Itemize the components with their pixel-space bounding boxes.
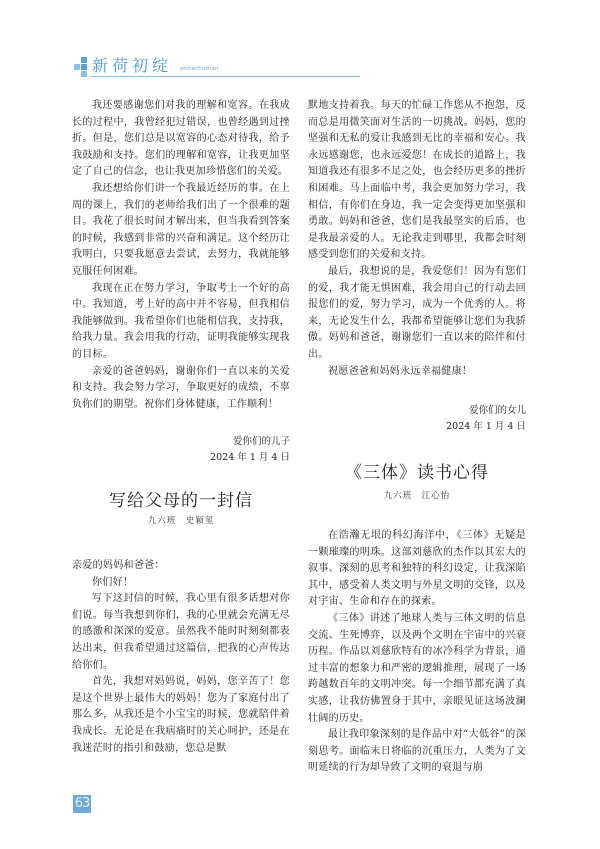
section-header: 新荷初绽 xinhechuzhan — [74, 56, 288, 78]
article-three-byline: 九六班 江心怡 — [308, 490, 526, 502]
letter-two-title: 写给父母的一封信 — [72, 490, 290, 512]
salutation: 亲爱的妈妈和爸爸： — [72, 558, 290, 575]
section-title: 新荷初绽 — [92, 56, 172, 76]
article-three-body: 在浩瀚无垠的科幻海洋中，《三体》无疑是一颗璀璨的明珠。这部刘慈欣的杰作以其宏大的… — [308, 528, 526, 777]
date: 2024 年 1 月 4 日 — [72, 450, 290, 466]
article-three-title: 《三体》读书心得 — [308, 462, 526, 484]
letter-two-body-right: 默地支持着我。每天的忙碌工作您从不抱怨，反而总是用微笑面对生活的一切挑战。妈妈，… — [308, 98, 526, 380]
header-divider — [90, 76, 360, 77]
signature: 爱你们的儿子 — [72, 434, 290, 450]
letter-two-body-left: 亲爱的妈妈和爸爸： 你们好！ 写下这封信的时候，我心里有很多话想对你们说。每当我… — [72, 558, 290, 757]
paragraph: 在浩瀚无垠的科幻海洋中，《三体》无疑是一颗璀璨的明珠。这部刘慈欣的杰作以其宏大的… — [308, 528, 526, 611]
letter-two-byline: 九六班 史颖玺 — [72, 515, 290, 527]
greeting: 你们好！ — [72, 575, 290, 592]
paragraph: 写下这封信的时候，我心里有很多话想对你们说。每当我想到你们，我的心里就会充满无尽… — [72, 591, 290, 674]
paragraph: 最后，我想说的是，我爱您们！因为有您们的爱，我才能无惧困难，我会用自己的行动去回… — [308, 264, 526, 364]
letter-one-signature-block: 爱你们的儿子 2024 年 1 月 4 日 — [72, 434, 290, 466]
date: 2024 年 1 月 4 日 — [308, 419, 526, 435]
letter-one-body: 我还要感谢您们对我的理解和宽容。在我成长的过程中，我曾经犯过错误，也曾经遇到过挫… — [72, 98, 290, 413]
paragraph: 祝愿爸爸和妈妈永远幸福健康！ — [308, 364, 526, 381]
paragraph: 默地支持着我。每天的忙碌工作您从不抱怨，反而总是用微笑面对生活的一切挑战。妈妈，… — [308, 98, 526, 264]
paragraph: 《三体》讲述了地球人类与三体文明的信息交流、生死博弈，以及两个文明在宇宙中的兴衰… — [308, 611, 526, 727]
page-number-badge: 63 — [73, 795, 91, 813]
paragraph: 我还想给你们讲一个我最近经历的事。在上周的课上，我们的老师给我们出了一个很难的题… — [72, 181, 290, 281]
paragraph: 最让我印象深刻的是作品中对“大低谷”的深刻思考。面临末日将临的沉重压力，人类为了… — [308, 727, 526, 777]
signature: 爱你们的女儿 — [308, 403, 526, 419]
paragraph: 亲爱的爸爸妈妈，谢谢你们一直以来的关爱和支持。我会努力学习，争取更好的成绩，不辜… — [72, 364, 290, 414]
paragraph: 我现在正在努力学习，争取考上一个好的高中。我知道，考上好的高中并不容易，但我相信… — [72, 281, 290, 364]
letter-two-signature-block: 爱你们的女儿 2024 年 1 月 4 日 — [308, 403, 526, 435]
section-subtitle: xinhechuzhan — [180, 65, 218, 73]
paragraph: 我还要感谢您们对我的理解和宽容。在我成长的过程中，我曾经犯过错误，也曾经遇到过挫… — [72, 98, 290, 181]
logo-squares-icon — [74, 57, 88, 77]
paragraph: 首先，我想对妈妈说，妈妈，您辛苦了！您是这个世界上最伟大的妈妈！您为了家庭付出了… — [72, 674, 290, 757]
